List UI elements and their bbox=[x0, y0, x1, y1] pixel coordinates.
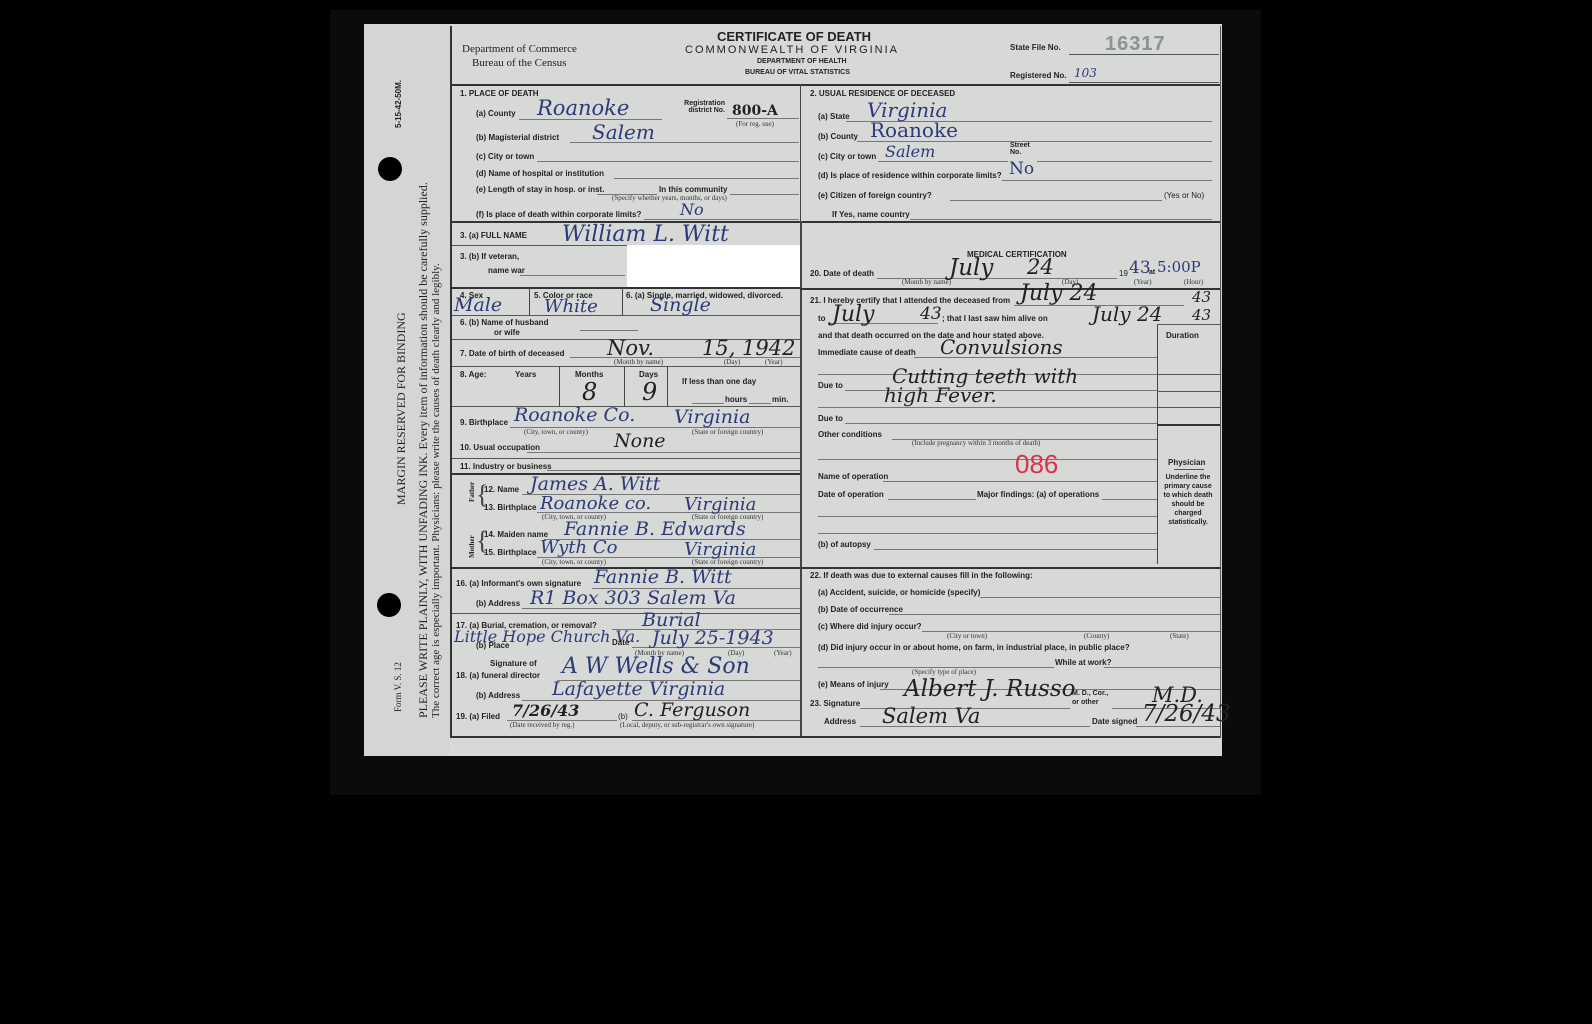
binding-hole-top bbox=[378, 157, 402, 181]
country-label: If Yes, name country bbox=[832, 210, 910, 219]
underline-note: Underline the primary cause to which dea… bbox=[1160, 473, 1216, 527]
duration-label: Duration bbox=[1166, 331, 1199, 340]
less-day-label: If less than one day bbox=[682, 377, 756, 386]
sex-value: Male bbox=[454, 294, 502, 316]
state-name: COMMONWEALTH OF VIRGINIA bbox=[685, 44, 899, 56]
physician-label: Physician bbox=[1168, 458, 1205, 467]
immediate-cause: Convulsions bbox=[940, 335, 1063, 359]
city-label: (c) City or town bbox=[476, 152, 534, 161]
stay-note: (Specify whether years, months, or days) bbox=[612, 194, 727, 202]
cause-code: 086 bbox=[1015, 449, 1058, 480]
pregnancy-note: (Include pregnancy within 3 months of de… bbox=[912, 439, 1040, 447]
operation-label: Name of operation bbox=[818, 472, 888, 481]
mother-birthplace-state: Virginia bbox=[684, 539, 756, 560]
dob-month: Nov. bbox=[607, 336, 654, 360]
informant-address: R1 Box 303 Salem Va bbox=[530, 587, 736, 609]
occupation-value: None bbox=[614, 430, 666, 452]
due-to-label-2: Due to bbox=[818, 414, 843, 423]
burial-date-label: Date bbox=[612, 638, 629, 647]
mother-birthplace-city: Wyth Co bbox=[540, 537, 617, 558]
due-to-label: Due to bbox=[818, 381, 843, 390]
father-side-label: Father bbox=[468, 482, 476, 502]
where-state-note: (State) bbox=[1170, 632, 1189, 640]
redacted-area bbox=[627, 245, 800, 287]
accident-label: (a) Accident, suicide, or homicide (spec… bbox=[818, 588, 980, 597]
last-saw-date: July 24 bbox=[1092, 302, 1162, 326]
physician-signature: Albert J. Russo bbox=[904, 676, 1076, 702]
res-corporate-label: (d) Is place of residence within corpora… bbox=[818, 171, 1002, 180]
title-label: M. D., Cor., or other bbox=[1072, 689, 1112, 707]
director-address-label: (b) Address bbox=[476, 691, 520, 700]
spouse-label-2: or wife bbox=[494, 328, 520, 337]
where-injury-label: (c) Where did injury occur? bbox=[818, 622, 922, 631]
res-county-label: (b) County bbox=[818, 132, 858, 141]
res-city: Salem bbox=[885, 142, 935, 161]
dod-day: 24 bbox=[1027, 255, 1054, 279]
physician-address: Salem Va bbox=[882, 704, 980, 728]
marital-status: Single bbox=[650, 294, 711, 316]
reg-use-note: (For reg. use) bbox=[736, 120, 774, 128]
birthplace-label: 9. Birthplace bbox=[460, 418, 508, 427]
veteran-label: 3. (b) If veteran, bbox=[460, 252, 519, 261]
findings-label: Major findings: (a) of operations bbox=[977, 490, 1099, 499]
community-label: In this community bbox=[659, 185, 727, 194]
dod-hour-note: (Hour) bbox=[1184, 278, 1203, 286]
place-of-death-heading: 1. PLACE OF DEATH bbox=[460, 89, 539, 98]
spouse-label: 6. (b) Name of husband bbox=[460, 318, 548, 327]
burial-year-note: (Year) bbox=[774, 649, 792, 657]
full-name: William L. Witt bbox=[562, 222, 729, 247]
citizen-label: (e) Citizen of foreign country? bbox=[818, 191, 932, 200]
hospital-label: (d) Name of hospital or institution bbox=[476, 169, 604, 178]
age-label: 8. Age: bbox=[460, 370, 486, 379]
other-conditions-label: Other conditions bbox=[818, 430, 882, 439]
mother-birthplace-label: 15. Birthplace bbox=[484, 548, 536, 557]
filed-note: (Date received by reg.) bbox=[510, 721, 575, 729]
to-label: to bbox=[818, 314, 826, 323]
industry-label: 11. Industry or business bbox=[460, 462, 552, 471]
dept-commerce: Department of Commerce bbox=[462, 43, 577, 55]
state-file-number: 16317 bbox=[1105, 33, 1166, 56]
page-title: CERTIFICATE OF DEATH bbox=[717, 29, 871, 44]
funeral-director-label: 18. (a) funeral director bbox=[456, 671, 540, 680]
father-birthplace-label: 13. Birthplace bbox=[484, 503, 536, 512]
father-name-label: 12. Name bbox=[484, 485, 519, 494]
race-value: White bbox=[544, 296, 598, 317]
county-label: (a) County bbox=[476, 109, 516, 118]
funeral-director: A W Wells & Son bbox=[562, 654, 750, 679]
autopsy-label: (b) of autopsy bbox=[818, 540, 871, 549]
mother-state-note: (State or foreign country) bbox=[692, 558, 763, 566]
director-sig-label: Signature of bbox=[490, 659, 537, 668]
immediate-cause-label: Immediate cause of death bbox=[818, 348, 916, 357]
at-label: at bbox=[1149, 269, 1155, 276]
res-county: Roanoke bbox=[870, 118, 958, 142]
burial-date: July 25-1943 bbox=[652, 627, 774, 649]
dob-year: 1942 bbox=[742, 336, 795, 360]
dod-month-note: (Month by name) bbox=[902, 278, 951, 286]
attended-to-year: 43 bbox=[920, 304, 942, 324]
dob-day: 15, bbox=[702, 336, 735, 360]
reg-district-number: 800-A bbox=[732, 103, 778, 119]
yes-no-note: (Yes or No) bbox=[1164, 191, 1204, 200]
res-city-label: (c) City or town bbox=[818, 152, 876, 161]
registrar-label: (b) bbox=[618, 712, 628, 721]
death-county: Roanoke bbox=[537, 96, 629, 120]
father-birthplace-city: Roanoke co. bbox=[540, 493, 651, 514]
registrar-note: (Local, deputy, or sub-registrar's own s… bbox=[620, 721, 754, 729]
means-label: (e) Means of injury bbox=[818, 680, 889, 689]
dob-month-note: (Month by name) bbox=[614, 358, 663, 366]
signature-label: 23. Signature bbox=[810, 699, 860, 708]
reg-district-label: Registration district No. bbox=[677, 100, 725, 114]
director-address: Lafayette Virginia bbox=[552, 678, 725, 700]
dod-year-note: (Year) bbox=[1134, 278, 1152, 286]
attended-from-year: 43 bbox=[1192, 288, 1211, 306]
age-days: 9 bbox=[642, 378, 657, 406]
birthplace-city-note: (City, town, or county) bbox=[524, 428, 588, 436]
form-number: Form V. S. 12 bbox=[393, 662, 403, 712]
external-causes-heading: 22. If death was due to external causes … bbox=[810, 571, 1033, 580]
binding-hole-bottom bbox=[377, 593, 401, 617]
father-birthplace-state: Virginia bbox=[684, 494, 756, 515]
binding-notice: MARGIN RESERVED FOR BINDING bbox=[394, 312, 409, 505]
street-label: Street No. bbox=[1010, 142, 1034, 156]
filed-date: 7/26/43 bbox=[512, 701, 579, 720]
mother-side-label: Mother bbox=[468, 535, 476, 558]
birthplace-state: Virginia bbox=[674, 406, 750, 428]
hours-label: hours bbox=[725, 395, 747, 404]
registered-number: 103 bbox=[1074, 66, 1097, 80]
residence-heading: 2. USUAL RESIDENCE OF DECEASED bbox=[810, 89, 955, 98]
place-type-label: (d) Did injury occur in or about home, o… bbox=[818, 643, 1130, 652]
occupation-label: 10. Usual occupation bbox=[460, 443, 540, 452]
bureau-census: Bureau of the Census bbox=[472, 57, 566, 69]
dod-year: 43 bbox=[1129, 258, 1151, 278]
dob-year-note: (Year) bbox=[765, 358, 783, 366]
birthplace-city: Roanoke Co. bbox=[514, 404, 635, 426]
mother-name-label: 14. Maiden name bbox=[484, 530, 548, 539]
dod-year-prefix: 19 bbox=[1119, 269, 1128, 278]
physician-address-label: Address bbox=[824, 717, 856, 726]
where-county-note: (County) bbox=[1084, 632, 1109, 640]
last-saw-label: ; that I last saw him alive on bbox=[942, 314, 1048, 323]
print-code: 5-15-42-50M. bbox=[394, 80, 403, 128]
war-label: name war bbox=[488, 266, 525, 275]
dept-health: DEPARTMENT OF HEALTH bbox=[757, 58, 847, 65]
magisterial-district: Salem bbox=[592, 120, 655, 144]
at-work-label: While at work? bbox=[1055, 658, 1111, 667]
registrar-signature: C. Ferguson bbox=[634, 699, 750, 721]
res-corporate-limits: No bbox=[1009, 159, 1034, 179]
last-saw-year: 43 bbox=[1192, 306, 1211, 324]
bureau-vital-stats: BUREAU OF VITAL STATISTICS bbox=[745, 69, 850, 76]
informant-address-label: (b) Address bbox=[476, 599, 520, 608]
instructions-line-2: The correct age is especially important.… bbox=[430, 263, 442, 718]
filed-label: 19. (a) Filed bbox=[456, 712, 500, 721]
dob-label: 7. Date of birth of deceased bbox=[460, 349, 564, 358]
dod-hour: 5:00P bbox=[1157, 258, 1201, 276]
attended-from: July 24 bbox=[1020, 281, 1097, 306]
state-file-label: State File No. bbox=[1010, 43, 1061, 52]
stay-label: (e) Length of stay in hosp. or inst. bbox=[476, 185, 604, 194]
registered-label: Registered No. bbox=[1010, 71, 1066, 80]
dob-day-note: (Day) bbox=[724, 358, 740, 366]
dod-label: 20. Date of death bbox=[810, 269, 874, 278]
dod-month: July bbox=[949, 255, 993, 281]
where-city-note: (City or town) bbox=[947, 632, 987, 640]
attended-to: July bbox=[832, 302, 874, 327]
father-name: James A. Witt bbox=[530, 473, 660, 495]
occurrence-label: (b) Date of occurrence bbox=[818, 605, 903, 614]
birthplace-state-note: (State or foreign country) bbox=[692, 428, 763, 436]
corporate-limits-label: (f) Is place of death within corporate l… bbox=[476, 210, 641, 219]
death-corporate-limits: No bbox=[680, 200, 704, 219]
date-signed-label: Date signed bbox=[1092, 717, 1137, 726]
date-signed: 7/26/43 bbox=[1142, 701, 1231, 727]
res-state-label: (a) State bbox=[818, 112, 850, 121]
min-label: min. bbox=[772, 395, 788, 404]
operation-date-label: Date of operation bbox=[818, 490, 884, 499]
magisterial-label: (b) Magisterial district bbox=[476, 133, 559, 142]
years-label: Years bbox=[515, 370, 536, 379]
mother-city-note: (City, town, or county) bbox=[542, 558, 606, 566]
burial-place-label: (b) Place bbox=[476, 641, 509, 650]
certificate-form: Department of Commerce Bureau of the Cen… bbox=[450, 26, 1221, 738]
due-to-cause-2: high Fever. bbox=[884, 383, 997, 407]
age-months: 8 bbox=[582, 378, 597, 406]
informant-signature: Fannie B. Witt bbox=[594, 566, 732, 588]
instructions-line-1: PLEASE WRITE PLAINLY, WITH UNFADING INK.… bbox=[416, 182, 431, 718]
full-name-label: 3. (a) FULL NAME bbox=[460, 231, 527, 240]
place-type-note: (Specify type of place) bbox=[912, 668, 976, 676]
